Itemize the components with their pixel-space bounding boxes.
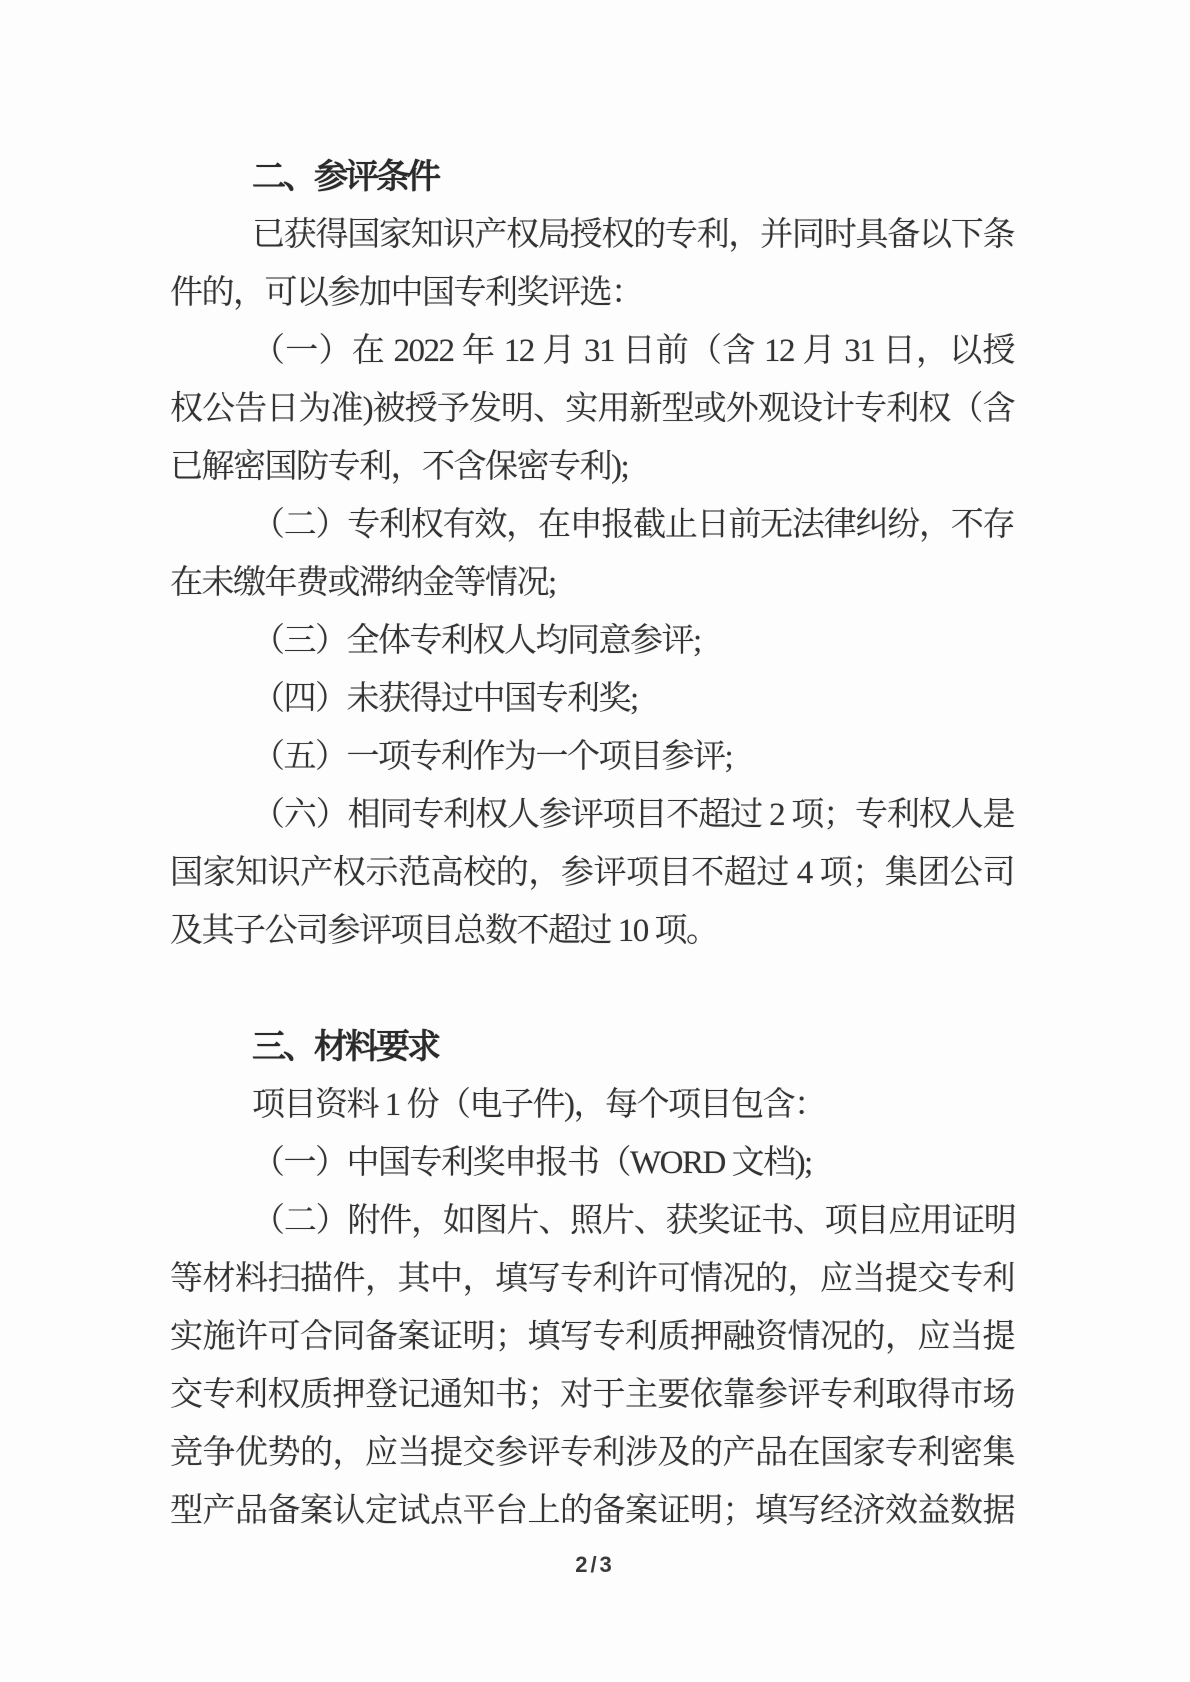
text-line: 已获得国家知识产权局授权的专利，并同时具备以下条 bbox=[170, 206, 1014, 264]
text-line: 及其子公司参评项目总数不超过 10 项。 bbox=[170, 902, 1014, 960]
text-line: 竞争优势的，应当提交参评专利涉及的产品在国家专利密集 bbox=[170, 1424, 1014, 1482]
text-line: 件的，可以参加中国专利奖评选： bbox=[170, 264, 1014, 322]
text-line: （二）专利权有效，在申报截止日前无法律纠纷，不存 bbox=[170, 496, 1014, 554]
text-line: （二）附件，如图片、照片、获奖证书、项目应用证明 bbox=[170, 1192, 1014, 1250]
page-number: 2/3 bbox=[0, 1550, 1190, 1580]
document-body: 二、参评条件 已获得国家知识产权局授权的专利，并同时具备以下条 件的，可以参加中… bbox=[170, 148, 1014, 1540]
text-line: （六）相同专利权人参评项目不超过 2 项；专利权人是 bbox=[170, 786, 1014, 844]
text-line: （五）一项专利作为一个项目参评; bbox=[170, 728, 1014, 786]
section-material-requirements: 三、材料要求 项目资料 1 份（电子件)，每个项目包含： （一）中国专利奖申报书… bbox=[170, 1018, 1014, 1540]
text-line: 权公告日为准)被授予发明、实用新型或外观设计专利权（含 bbox=[170, 380, 1014, 438]
text-line: 在未缴年费或滞纳金等情况; bbox=[170, 554, 1014, 612]
text-line: 实施许可合同备案证明；填写专利质押融资情况的，应当提 bbox=[170, 1308, 1014, 1366]
text-line: （四）未获得过中国专利奖; bbox=[170, 670, 1014, 728]
text-line: 已解密国防专利，不含保密专利); bbox=[170, 438, 1014, 496]
section-2-heading: 二、参评条件 bbox=[170, 148, 1014, 206]
text-line: 国家知识产权示范高校的，参评项目不超过 4 项；集团公司 bbox=[170, 844, 1014, 902]
text-line: （一）在 2022 年 12 月 31 日前（含 12 月 31 日，以授 bbox=[170, 322, 1014, 380]
text-line: （一）中国专利奖申报书（WORD 文档); bbox=[170, 1134, 1014, 1192]
scanned-document-page: 二、参评条件 已获得国家知识产权局授权的专利，并同时具备以下条 件的，可以参加中… bbox=[0, 0, 1190, 1682]
text-line: 等材料扫描件，其中，填写专利许可情况的，应当提交专利 bbox=[170, 1250, 1014, 1308]
text-line: （三）全体专利权人均同意参评; bbox=[170, 612, 1014, 670]
text-line: 项目资料 1 份（电子件)，每个项目包含： bbox=[170, 1076, 1014, 1134]
text-line: 型产品备案认定试点平台上的备案证明；填写经济效益数据 bbox=[170, 1482, 1014, 1540]
section-3-heading: 三、材料要求 bbox=[170, 1018, 1014, 1076]
text-line: 交专利权质押登记通知书；对于主要依靠参评专利取得市场 bbox=[170, 1366, 1014, 1424]
section-participation-conditions: 二、参评条件 已获得国家知识产权局授权的专利，并同时具备以下条 件的，可以参加中… bbox=[170, 148, 1014, 960]
